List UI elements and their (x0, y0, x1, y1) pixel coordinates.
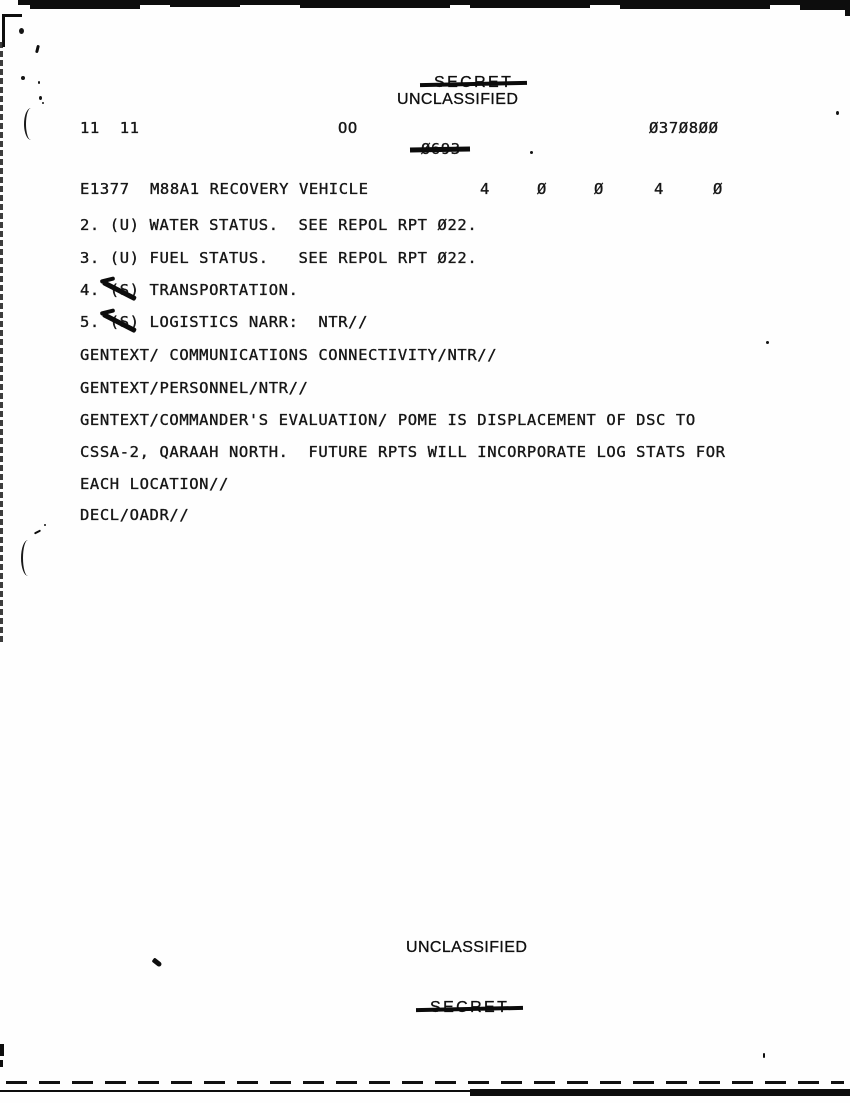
struck-classification-letter: (S) (110, 281, 140, 299)
top-edge-blot (300, 2, 450, 8)
top-edge-blot (170, 0, 240, 7)
scan-speck (766, 341, 769, 344)
top-edge-blot (620, 1, 770, 9)
equipment-count: 4 (480, 180, 490, 198)
equipment-tamcn: E1377 (80, 180, 130, 198)
footer-struck-classification: SECRET (430, 999, 509, 1017)
bottom-dashed-line (6, 1081, 844, 1084)
footer-classification: UNCLASSIFIED (406, 939, 527, 957)
line-text: TRANSPORTATION. (140, 281, 299, 299)
scan-speck (35, 45, 40, 53)
left-edge-line (0, 42, 3, 642)
meta-struck-number: Ø693 (421, 140, 461, 158)
line-logistics-narr: 5. (S) LOGISTICS NARR: NTR// (80, 313, 368, 331)
header-classification: UNCLASSIFIED (397, 91, 518, 109)
scan-speck (21, 76, 25, 80)
scan-speck (44, 524, 46, 526)
top-edge-blot (800, 0, 850, 10)
scan-speck (34, 529, 41, 534)
paren-pen-mark (21, 540, 35, 576)
meta-dtg: Ø37Ø8ØØ (649, 119, 719, 137)
scan-speck (763, 1053, 765, 1058)
left-edge-blot (0, 1060, 3, 1067)
scan-speck (42, 102, 44, 104)
equipment-count: 4 (654, 180, 664, 198)
equipment-count: Ø (537, 180, 547, 198)
line-transportation: 4. (S) TRANSPORTATION. (80, 281, 299, 299)
struck-classification-letter: (S) (110, 313, 140, 331)
top-edge-blot (470, 0, 590, 8)
equipment-count: Ø (713, 180, 723, 198)
meta-oo: OO (338, 119, 358, 137)
line-decl: DECL/OADR// (80, 506, 189, 524)
header-struck-classification: SECRET (434, 74, 513, 92)
meta-id: 11 11 (80, 119, 140, 137)
line-gentext-commander-3: EACH LOCATION// (80, 475, 229, 493)
scan-speck (39, 96, 42, 100)
line-gentext-commander-1: GENTEXT/COMMANDER'S EVALUATION/ POME IS … (80, 411, 696, 429)
line-fuel-status: 3. (U) FUEL STATUS. SEE REPOL RPT Ø22. (80, 249, 477, 267)
pen-check-mark (152, 957, 163, 967)
scan-speck (836, 111, 839, 115)
top-edge-blot (30, 0, 140, 9)
paren-pen-mark (24, 108, 38, 140)
line-gentext-personnel: GENTEXT/PERSONNEL/NTR// (80, 379, 308, 397)
line-water-status: 2. (U) WATER STATUS. SEE REPOL RPT Ø22. (80, 216, 477, 234)
bottom-edge-bar (470, 1089, 850, 1096)
scan-speck (530, 151, 533, 154)
scan-speck (38, 81, 40, 84)
equipment-count: Ø (594, 180, 604, 198)
left-edge-blot (0, 1044, 4, 1056)
meta-line: 11 11 OO Ø693 Ø37Ø8ØØ (0, 20, 850, 39)
line-gentext-commander-2: CSSA-2, QARAAH NORTH. FUTURE RPTS WILL I… (80, 443, 726, 461)
equipment-nomenclature: M88A1 RECOVERY VEHICLE (150, 180, 369, 198)
line-text: LOGISTICS NARR: NTR// (140, 313, 368, 331)
scanned-document-page: SECRET UNCLASSIFIED 11 11 OO Ø693 Ø37Ø8Ø… (0, 0, 850, 1103)
top-right-corner-blot (845, 0, 850, 16)
line-gentext-comms: GENTEXT/ COMMUNICATIONS CONNECTIVITY/NTR… (80, 346, 497, 364)
scan-speck (19, 28, 24, 34)
